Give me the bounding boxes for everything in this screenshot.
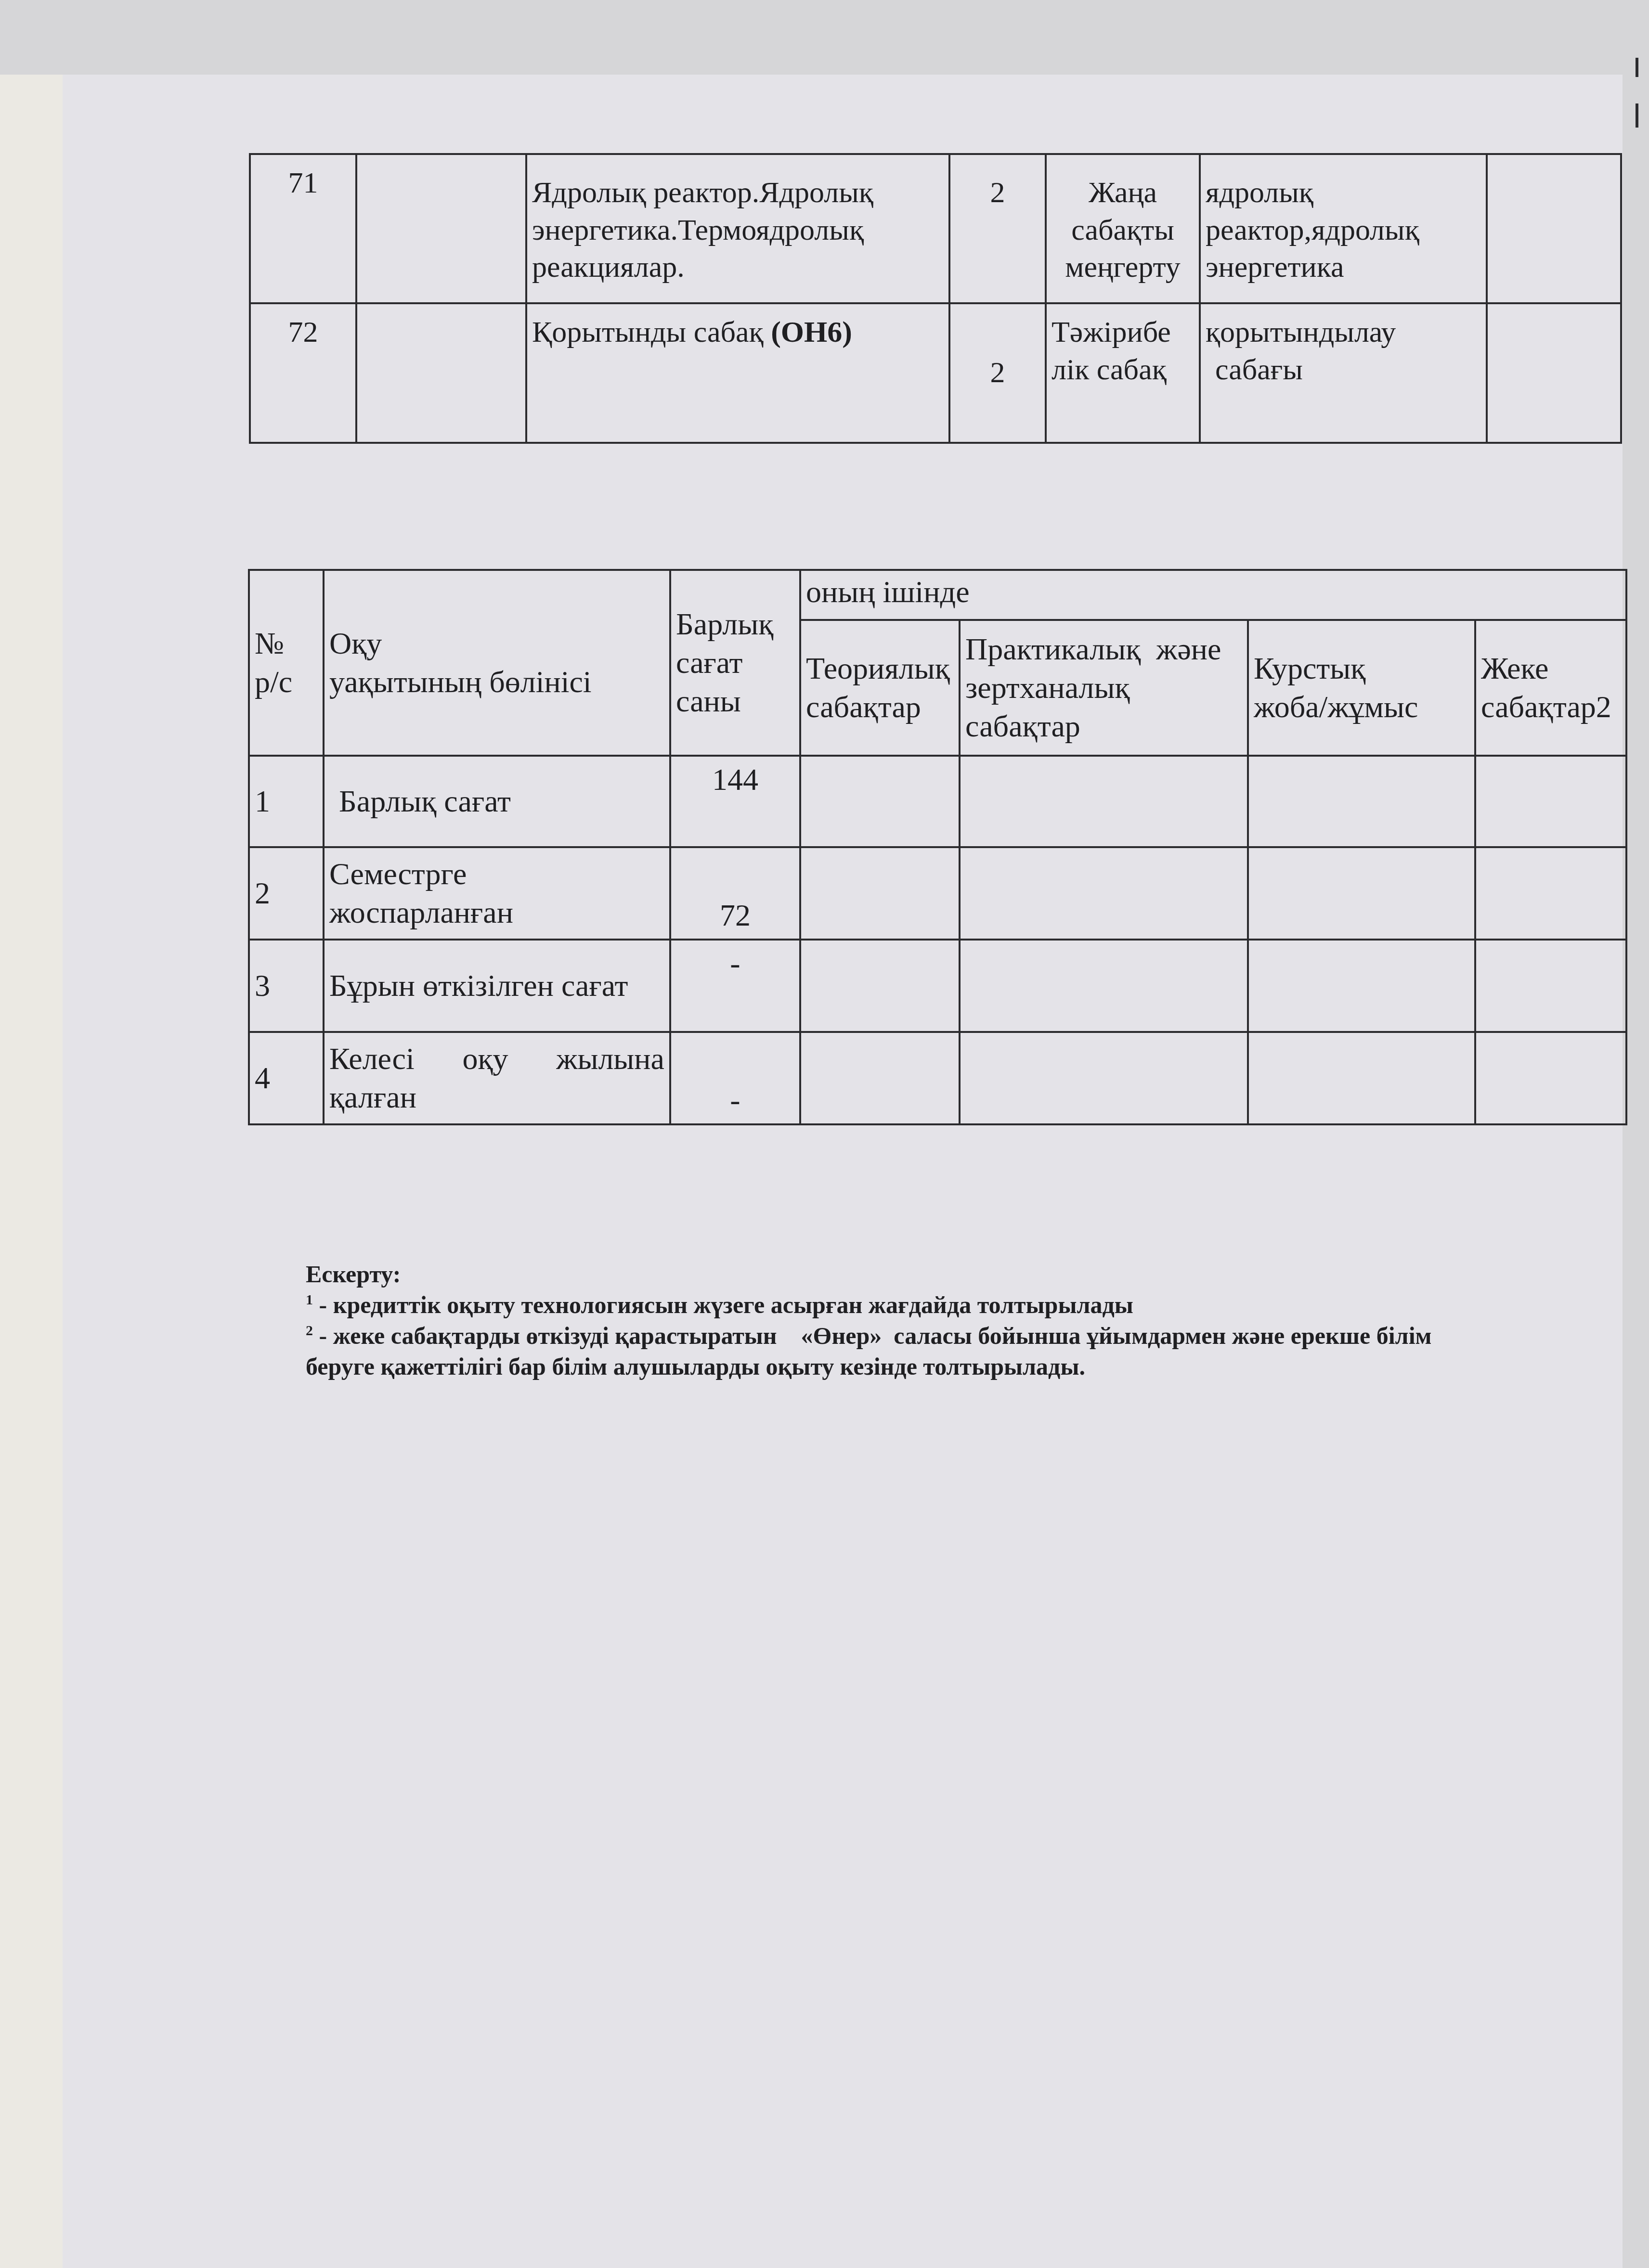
lesson-row: 72 Қорытынды сабақ (ОН6) 2 Тәжірибе лік … [250, 303, 1621, 443]
type-line: сабақты [1071, 214, 1174, 246]
type-line: меңгерту [1065, 251, 1181, 283]
row-theoretical [800, 756, 960, 847]
row-practical [960, 756, 1248, 847]
topic-line: реакциялар. [532, 251, 685, 283]
row-total: 72 [670, 847, 800, 940]
footnote-2-continuation: беруге қажеттілігі бар білім алушыларды … [306, 1351, 1606, 1382]
lesson-date [356, 154, 526, 303]
row-course-project [1248, 1032, 1475, 1124]
topic-text: Қорытынды сабақ [532, 316, 771, 348]
keyword-line: ядролық [1206, 176, 1313, 209]
type-line: Жаңа [1089, 176, 1157, 209]
row-number: 2 [249, 847, 324, 940]
row-number: 3 [249, 940, 324, 1032]
row-individual [1475, 847, 1626, 940]
row-label: Семестрге жоспарланған [324, 847, 670, 940]
row-theoretical [800, 847, 960, 940]
row-course-project [1248, 756, 1475, 847]
header-theoretical: Теориялық сабақтар [800, 620, 960, 756]
header-line: Практикалық және [965, 632, 1221, 666]
keyword-line: қорытындылау [1206, 316, 1396, 348]
header-line: сағат [676, 645, 743, 680]
lesson-row: 71 Ядролық реактор.Ядролық энергетика.Те… [250, 154, 1621, 303]
lesson-date [356, 303, 526, 443]
footnote-2: 2 - жеке сабақтарды өткізуді қарастыраты… [306, 1320, 1606, 1351]
hours-distribution-table: № р/с Оқу уақытының бөлінісі Барлық саға… [248, 569, 1627, 1125]
keyword-line: реактор,ядролық [1206, 214, 1419, 246]
label-line: Семестрге [329, 857, 467, 891]
row-total: - [670, 1032, 800, 1124]
row-course-project [1248, 940, 1475, 1032]
header-individual: Жеке сабақтар2 [1475, 620, 1626, 756]
keyword-line: энергетика [1206, 251, 1344, 283]
header-line: сабақтар2 [1481, 690, 1611, 724]
type-line: Тәжірибе [1052, 316, 1171, 348]
header-distribution: Оқу уақытының бөлінісі [324, 570, 670, 756]
header-number: № р/с [249, 570, 324, 756]
keyword-line: сабағы [1206, 353, 1303, 386]
lesson-notes [1487, 303, 1621, 443]
scan-mark [1636, 103, 1638, 128]
scan-edge [0, 75, 63, 2268]
footnotes: Ескерту: 1 - кредиттік оқыту технологияс… [306, 1259, 1606, 1382]
topic-line: энергетика.Термоядролық [532, 214, 864, 246]
header-total-hours: Барлық сағат саны [670, 570, 800, 756]
row-individual [1475, 756, 1626, 847]
row-course-project [1248, 847, 1475, 940]
lesson-topic: Ядролық реактор.Ядролық энергетика.Термо… [526, 154, 949, 303]
row-practical [960, 940, 1248, 1032]
label-word: оқу [462, 1040, 508, 1078]
table-row: 2 Семестрге жоспарланған 72 [249, 847, 1626, 940]
header-line: сабақтар [965, 709, 1080, 743]
footnote-text: - жеке сабақтарды өткізуді қарастыратын … [313, 1322, 1432, 1349]
lesson-keywords: ядролық реактор,ядролық энергетика [1200, 154, 1487, 303]
table-row: 3 Бұрын өткізілген сағат - [249, 940, 1626, 1032]
row-label: Бұрын өткізілген сағат [324, 940, 670, 1032]
header-line: Оқу [329, 626, 382, 660]
label-line: қалған [329, 1080, 416, 1114]
footnote-marker: 1 [306, 1292, 313, 1308]
header-line: Теориялық [806, 651, 950, 685]
label-line: Келесі оқу жылына [329, 1040, 664, 1078]
label-word: жылына [556, 1040, 664, 1078]
row-individual [1475, 940, 1626, 1032]
row-total: - [670, 940, 800, 1032]
lesson-topic: Қорытынды сабақ (ОН6) [526, 303, 949, 443]
row-label: Келесі оқу жылына қалған [324, 1032, 670, 1124]
lesson-number: 72 [250, 303, 356, 443]
table-row: 1 Барлық сағат 144 [249, 756, 1626, 847]
row-individual [1475, 1032, 1626, 1124]
lesson-keywords: қорытындылау сабағы [1200, 303, 1487, 443]
footnote-text: - кредиттік оқыту технологиясын жүзеге а… [313, 1291, 1133, 1318]
header-of-which: оның ішінде [800, 570, 1626, 620]
header-line: уақытының бөлінісі [329, 665, 592, 699]
lesson-type: Жаңа сабақты меңгерту [1046, 154, 1200, 303]
scan-mark [1636, 58, 1638, 77]
header-line: саны [676, 684, 741, 718]
header-course-project: Курстық жоба/жұмыс [1248, 620, 1475, 756]
row-theoretical [800, 940, 960, 1032]
footnote-marker: 2 [306, 1323, 313, 1339]
header-line: Барлық [676, 607, 773, 641]
type-line: лік сабақ [1052, 353, 1167, 386]
lesson-hours: 2 [949, 154, 1046, 303]
row-theoretical [800, 1032, 960, 1124]
learning-outcome-code: (ОН6) [771, 316, 852, 348]
header-line: жоба/жұмыс [1254, 690, 1418, 724]
header-line: р/с [255, 665, 292, 699]
row-total: 144 [670, 756, 800, 847]
header-line: Курстық [1254, 651, 1365, 685]
label-text: Барлық сағат [339, 784, 511, 818]
row-label: Барлық сағат [324, 756, 670, 847]
header-row: № р/с Оқу уақытының бөлінісі Барлық саға… [249, 570, 1626, 620]
row-number: 1 [249, 756, 324, 847]
label-line: жоспарланған [329, 895, 513, 929]
row-practical [960, 847, 1248, 940]
row-practical [960, 1032, 1248, 1124]
label-word: Келесі [329, 1040, 415, 1078]
row-number: 4 [249, 1032, 324, 1124]
notes-title: Ескерту: [306, 1259, 1606, 1289]
header-line: сабақтар [806, 690, 921, 724]
lesson-number: 71 [250, 154, 356, 303]
lesson-type: Тәжірибе лік сабақ [1046, 303, 1200, 443]
header-line: № [255, 626, 284, 660]
lesson-hours: 2 [949, 303, 1046, 443]
header-practical: Практикалық және зертханалық сабақтар [960, 620, 1248, 756]
header-line: зертханалық [965, 670, 1130, 705]
lesson-notes [1487, 154, 1621, 303]
table-row: 4 Келесі оқу жылына қалған - [249, 1032, 1626, 1124]
footnote-1: 1 - кредиттік оқыту технологиясын жүзеге… [306, 1289, 1606, 1320]
header-line: Жеке [1481, 651, 1548, 685]
label-text: Бұрын өткізілген сағат [329, 968, 628, 1003]
lesson-plan-table: 71 Ядролық реактор.Ядролық энергетика.Те… [249, 153, 1622, 444]
topic-line: Ядролық реактор.Ядролық [532, 176, 873, 209]
